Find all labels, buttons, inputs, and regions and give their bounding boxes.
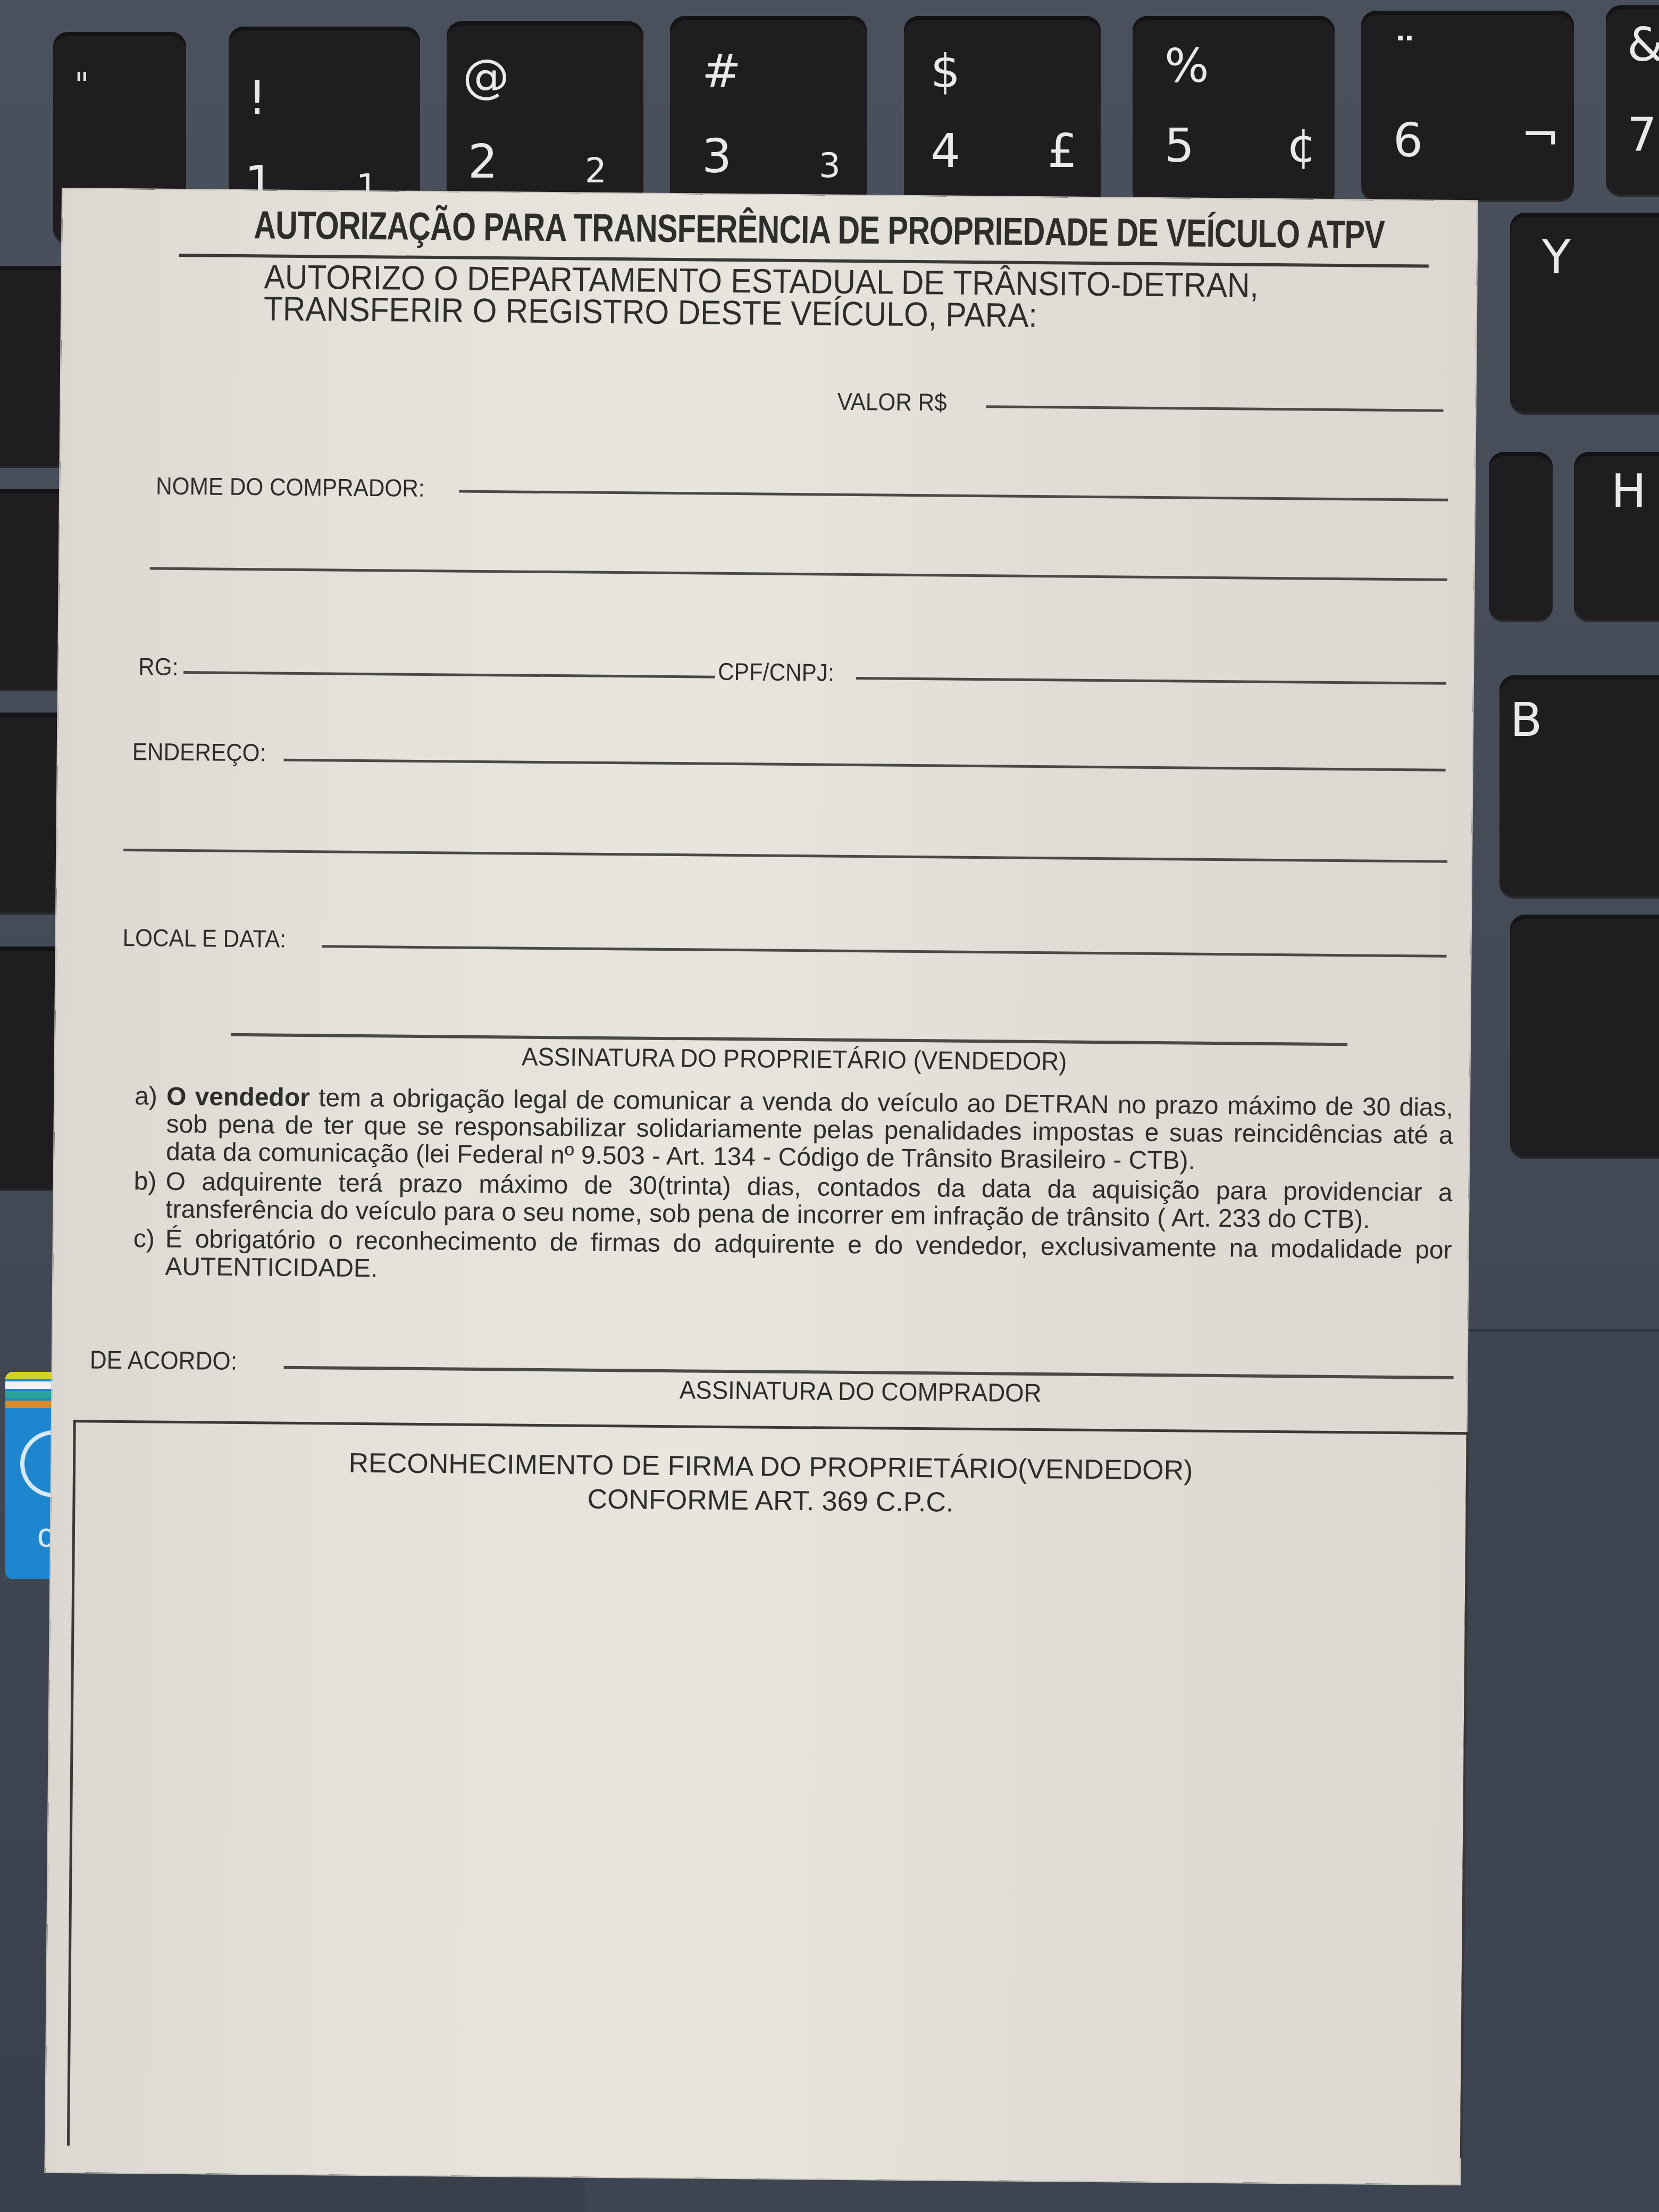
local-data-field[interactable] — [322, 945, 1447, 957]
endereco-field-line2[interactable] — [123, 849, 1447, 863]
form-title: AUTORIZAÇÃO PARA TRANSFERÊNCIA DE PROPRI… — [254, 202, 1385, 257]
key-h: H — [1574, 452, 1659, 622]
nome-comprador-field[interactable] — [459, 490, 1448, 501]
key-blank — [1489, 452, 1553, 622]
key-4: $ 4 £ — [904, 16, 1101, 213]
cpf-cnpj-field[interactable] — [856, 677, 1446, 685]
cpf-cnpj-label: CPF/CNPJ: — [718, 657, 834, 687]
key-y: Y — [1510, 213, 1659, 415]
nome-comprador-field-line2[interactable] — [150, 567, 1447, 581]
note-c: c) É obrigatório o reconhecimento de fir… — [133, 1225, 1452, 1292]
buyer-signature-label: ASSINATURA DO COMPRADOR — [680, 1376, 1042, 1408]
endereco-label: ENDEREÇO: — [132, 737, 266, 767]
key-3: # 3 3 — [670, 16, 867, 218]
key-5: % 5 ¢ — [1133, 16, 1335, 207]
rg-field[interactable] — [183, 671, 715, 678]
valor-label: VALOR R$ — [837, 387, 947, 417]
seller-signature-line[interactable] — [231, 1033, 1347, 1046]
endereco-field[interactable] — [284, 759, 1446, 772]
note-a: a) O vendedor tem a obrigação legal de c… — [134, 1083, 1453, 1177]
key-6: ¨ 6 ¬ — [1361, 11, 1574, 202]
rg-label: RG: — [138, 652, 179, 681]
atpv-form: AUTORIZAÇÃO PARA TRANSFERÊNCIA DE PROPRI… — [45, 189, 1477, 2184]
key-7: & 7 — [1606, 5, 1659, 197]
note-b: b) O adquirente terá prazo máximo de 30(… — [133, 1168, 1453, 1235]
notary-recognition-box: RECONHECIMENTO DE FIRMA DO PROPRIETÁRIO(… — [67, 1420, 1469, 2158]
valor-field[interactable] — [986, 405, 1443, 412]
local-data-label: LOCAL E DATA: — [122, 923, 286, 953]
agreement-label: DE ACORDO: — [90, 1346, 238, 1376]
key-b: B — [1499, 675, 1659, 899]
seller-signature-label: ASSINATURA DO PROPRIETÁRIO (VENDEDOR) — [522, 1043, 1067, 1077]
nome-comprador-label: NOME DO COMPRADOR: — [156, 472, 425, 502]
authorization-text: AUTORIZO O DEPARTAMENTO ESTADUAL DE TRÂN… — [264, 261, 1259, 333]
key-right-bottom — [1510, 915, 1659, 1159]
legal-notes: a) O vendedor tem a obrigação legal de c… — [133, 1083, 1453, 1294]
